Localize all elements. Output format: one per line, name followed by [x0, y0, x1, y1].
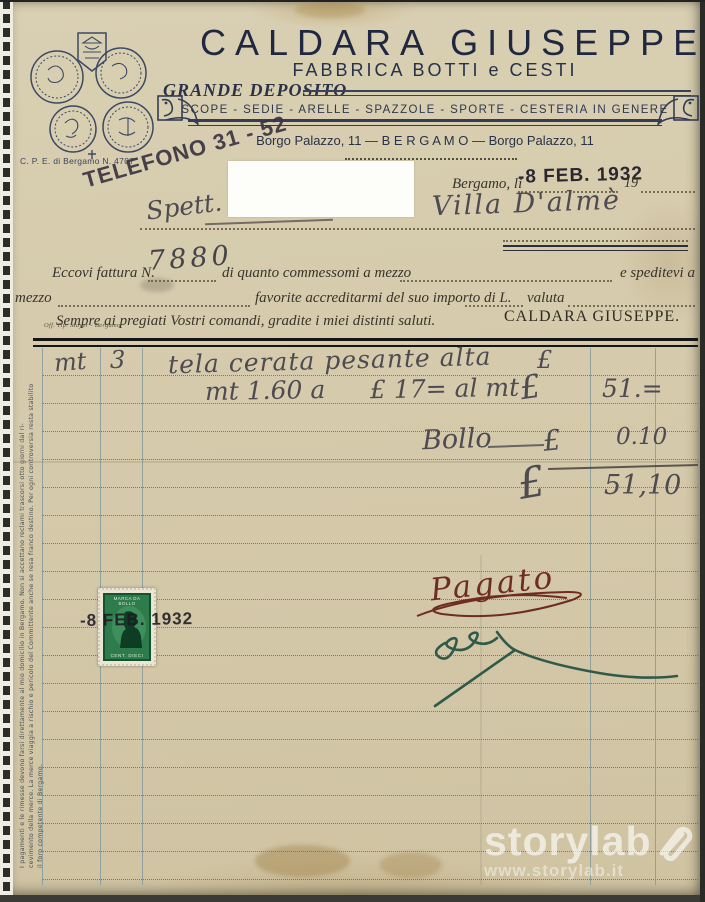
- invoice-number-handwriting: 7880: [147, 240, 234, 277]
- bird-ornament-left-icon: [156, 94, 200, 130]
- scan-edge-right: [700, 0, 705, 902]
- redaction-box: [228, 161, 414, 217]
- bird-ornament-right-icon: [656, 94, 700, 130]
- scan-edge-bottom: [0, 895, 705, 902]
- printed-signature: CALDARA GIUSEPPE.: [504, 308, 680, 326]
- bollo-currency: £: [541, 423, 562, 458]
- valuta-dots: [568, 305, 695, 307]
- watermark: storylab www.storylab.it: [484, 818, 694, 881]
- printer-credit: Off. Tip. Mayer - Bergamo: [44, 322, 121, 329]
- products-line: SCOPE - SEDIE - ARELLE - SPAZZOLE - SPOR…: [170, 104, 680, 116]
- destination-handwriting: Villa D'almè: [432, 185, 622, 223]
- commission-dots: [400, 280, 612, 282]
- item-line2-measure: mt 1.60 a: [205, 375, 326, 406]
- destination-rule: [140, 228, 695, 230]
- margin-terms-line2: cevimento della merce. La merce viaggia …: [27, 343, 36, 868]
- revenue-stamp-bottom-text: CENT. DIECI: [105, 653, 149, 658]
- invoice-label: Eccovi fattura N.: [52, 265, 155, 282]
- shipping-text: e speditevi a: [620, 265, 695, 282]
- grande-deposito-rule: [303, 90, 691, 96]
- upper-right-dots: [503, 240, 688, 242]
- item-qty: 3: [110, 346, 125, 374]
- mezzo-label: mezzo: [15, 290, 52, 307]
- company-title: CALDARA GIUSEPPE: [200, 22, 670, 64]
- valuta-label: valuta: [527, 290, 565, 307]
- company-subtitle: FABBRICA BOTTI e CESTI: [220, 60, 650, 81]
- upper-right-rule: [503, 245, 688, 251]
- signature-scribble: [415, 598, 695, 713]
- item-line2-price: £ 17= al mt: [370, 373, 520, 405]
- bollo-amount: 0.10: [616, 424, 667, 450]
- watermark-brand: storylab: [484, 818, 652, 865]
- mezzo-dots: [58, 305, 250, 307]
- item-line2-amount: 51.=: [602, 374, 663, 403]
- torn-left-edge: [0, 0, 13, 902]
- fold-crease-horizontal: [13, 461, 700, 463]
- scan-edge-top: [0, 0, 705, 2]
- medallions-emblem-icon: [24, 28, 160, 162]
- watermark-url: www.storylab.it: [484, 861, 694, 881]
- watermark-paperclip-icon: [654, 822, 694, 862]
- item-unit: mt: [53, 347, 87, 377]
- margin-terms-line1: I pagamenti e le rimesse devono farsi di…: [18, 343, 27, 868]
- total-amount: 51,10: [604, 470, 681, 501]
- stain-bottom-2: [380, 852, 442, 878]
- addressee-rule: [345, 158, 517, 160]
- stain-ink-smudge: [140, 278, 174, 292]
- commission-text: di quanto commessomi a mezzo: [222, 265, 411, 282]
- item-currency-1: £: [537, 346, 552, 374]
- credit-dots: [465, 305, 523, 307]
- scanned-invoice: { "colors": { "paper": "#d5caab", "print…: [0, 0, 705, 902]
- stain-top: [295, 2, 365, 18]
- stain-bottom-1: [255, 845, 350, 877]
- bollo-label: Bollo: [421, 423, 492, 456]
- year-dots: [641, 191, 695, 193]
- margin-terms: I pagamenti e le rimesse devono farsi di…: [18, 343, 45, 868]
- margin-terms-line3: il foro competente di Bergamo.: [36, 343, 45, 868]
- year-prefix: 19: [624, 176, 638, 192]
- revenue-stamp-date-overprint: -8 FEB. 1932: [80, 609, 193, 631]
